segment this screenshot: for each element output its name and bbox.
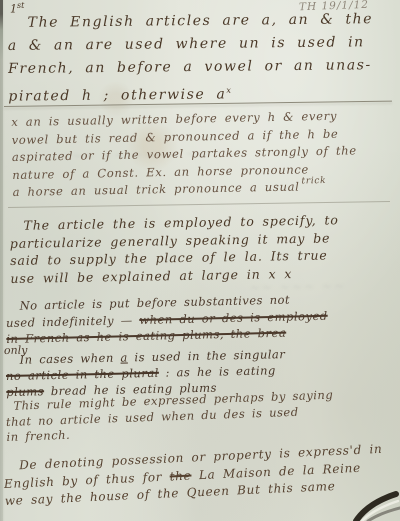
footnote-reference-x: x [226, 86, 232, 95]
text-segment: a horse an usual trick pronounce a usual [13, 179, 300, 199]
text-segment: used indefinitely — [6, 312, 140, 329]
paragraph-english-articles: The English articles are a, an & the a &… [7, 8, 394, 109]
paragraph-no-article: No article is put before substantives no… [5, 289, 398, 347]
manuscript-line: French, an before a vowel or an unas- [8, 54, 394, 81]
interline-insertion: trick [301, 176, 326, 186]
paragraph-de-denoting: De denoting possession or property is ex… [3, 440, 399, 510]
struck-text: the [169, 468, 191, 483]
page-number-suffix: st [17, 1, 24, 10]
struck-text: when du or des is employed [139, 308, 328, 326]
page-curl-mark [352, 463, 400, 521]
footnote-block: x an is usually written before every h &… [11, 107, 399, 204]
paragraph-the-article: The article the is employed to specify, … [9, 210, 396, 287]
text-segment: : as he is eating [159, 363, 276, 379]
manuscript-page: ~~~ ~~ ~~~~ ~~ ~~ ~~~ ~~ 1st TH 19/1/12 … [0, 0, 400, 521]
struck-text: plums [6, 384, 44, 399]
text-segment: pirated h ; otherwise a [8, 86, 226, 104]
text-segment: In cases when [20, 351, 121, 367]
page-left-edge-shadow [0, 0, 3, 521]
